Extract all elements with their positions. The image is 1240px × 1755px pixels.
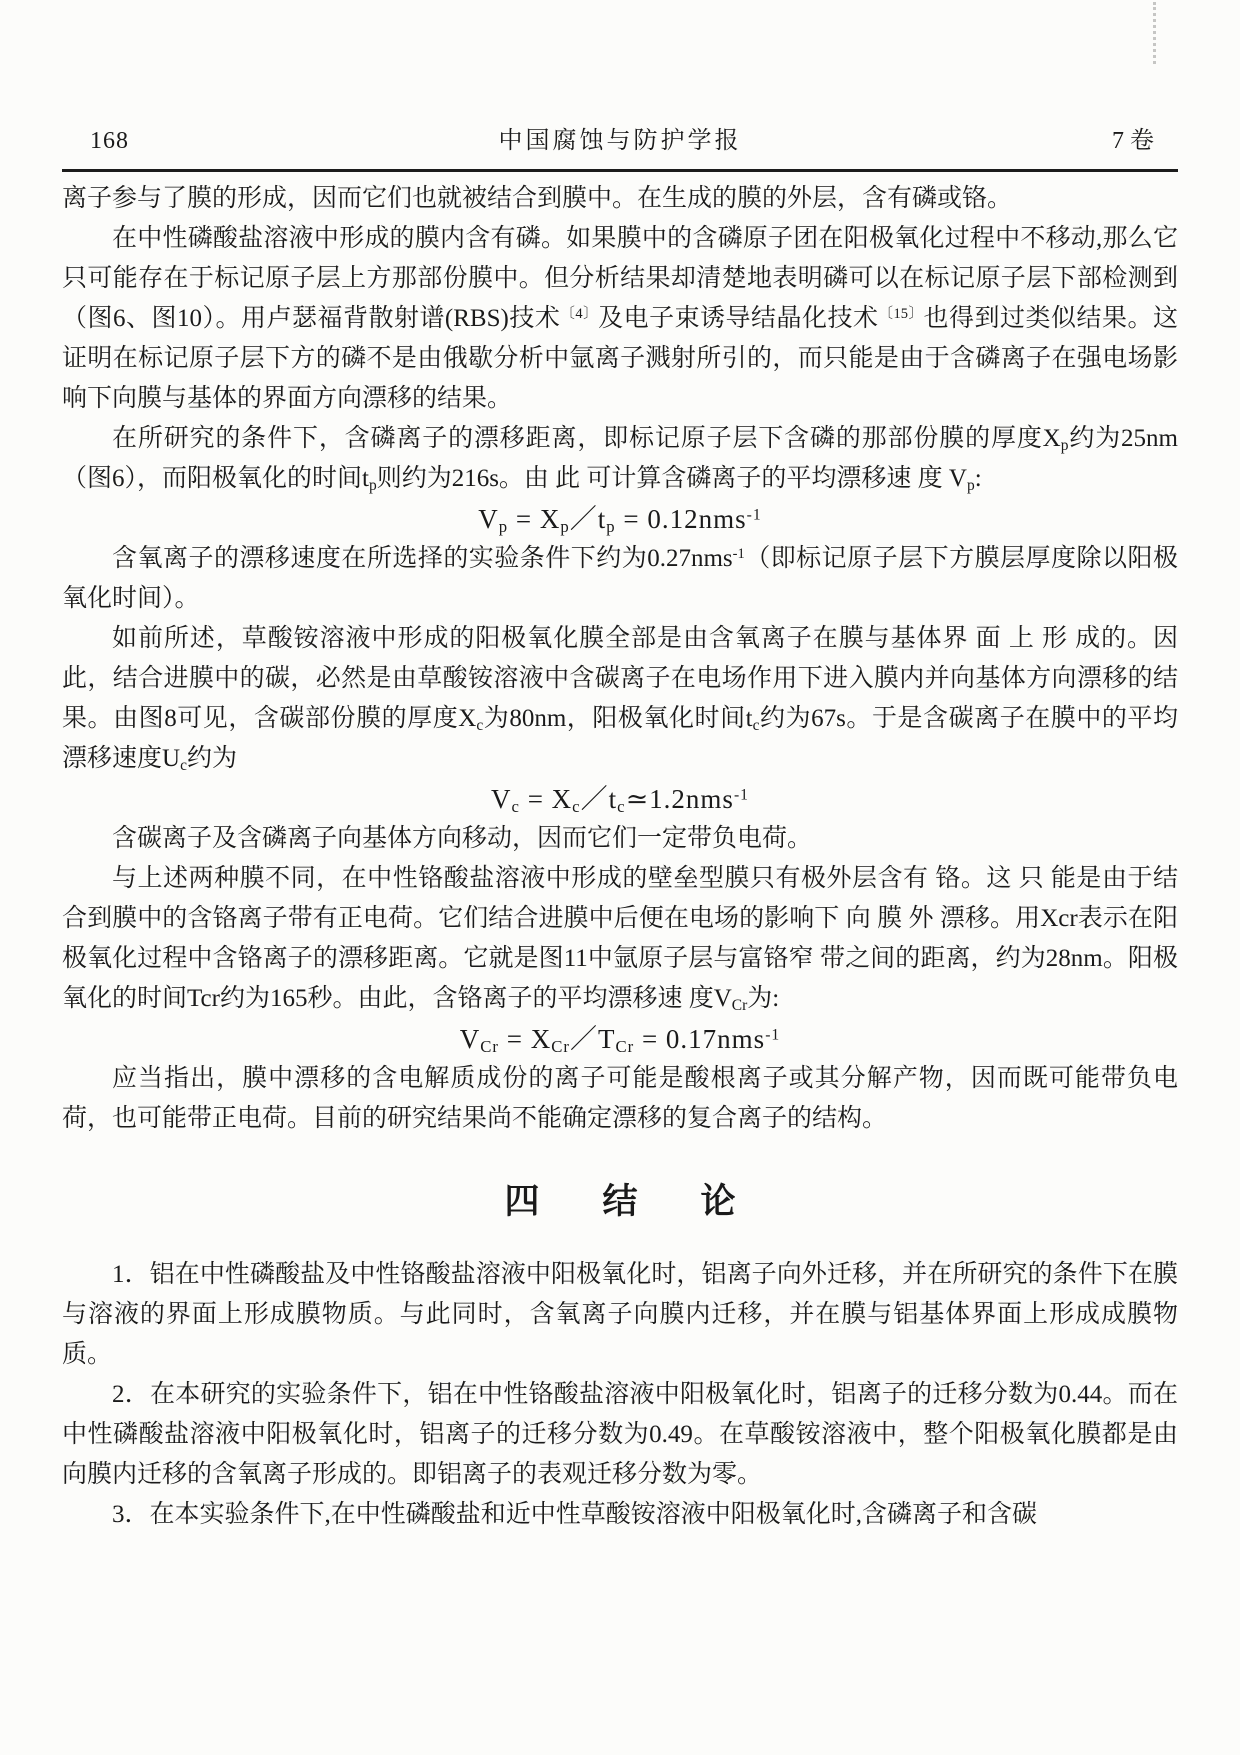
formula-vc: Vc = Xc／tc≃1.2nms-1 [62,779,1178,819]
page-number: 168 [62,126,242,156]
scanned-paper-page: 168 中国腐蚀与防护学报 7 卷 离子参与了膜的形成，因而它们也就被结合到膜中… [0,0,1240,1755]
volume-label: 7 卷 [998,126,1178,156]
paragraph-oxalate-carbon: 如前所述，草酸铵溶液中形成的阳极氧化膜全部是由含氧离子在膜与基体界 面 上 形 … [62,619,1178,779]
conclusion-item-3: 3．在本实验条件下,在中性磷酸盐和近中性草酸铵溶液中阳极氧化时,含磷离子和含碳 [62,1495,1178,1535]
formula-vcr: VCr = XCr／TCr = 0.17nms-1 [62,1019,1178,1059]
section-heading-conclusion: 四 结 论 [62,1181,1178,1223]
paragraph-electrolyte-ions: 应当指出，膜中漂移的含电解质成份的离子可能是酸根离子或其分解产物，因而既可能带负… [62,1059,1178,1139]
paragraph-continuation: 离子参与了膜的形成，因而它们也就被结合到膜中。在生成的膜的外层，含有磷或铬。 [62,179,1178,219]
paragraph-drift-distance-p: 在所研究的条件下，含磷离子的漂移距离，即标记原子层下含磷的那部份膜的厚度Xp约为… [62,419,1178,499]
page-header: 168 中国腐蚀与防护学报 7 卷 [62,0,1178,156]
paragraph-chromate-film: 与上述两种膜不同，在中性铬酸盐溶液中形成的壁垒型膜只有极外层含有 铬。这 只 能… [62,859,1178,1019]
paragraph-phosphate-film: 在中性磷酸盐溶液中形成的膜内含有磷。如果膜中的含磷原子团在阳极氧化过程中不移动,… [62,219,1178,419]
article-body: 离子参与了膜的形成，因而它们也就被结合到膜中。在生成的膜的外层，含有磷或铬。 在… [62,172,1178,1535]
conclusion-item-2: 2．在本研究的实验条件下，铝在中性铬酸盐溶液中阳极氧化时，铝离子的迁移分数为0.… [62,1375,1178,1495]
paragraph-oxygen-drift: 含氧离子的漂移速度在所选择的实验条件下约为0.27nms-1（即标记原子层下方膜… [62,539,1178,619]
formula-vp: Vp = Xp／tp = 0.12nms-1 [62,499,1178,539]
paragraph-negative-charge: 含碳离子及含磷离子向基体方向移动，因而它们一定带负电荷。 [62,819,1178,859]
scan-artifact-mark [1149,2,1156,64]
conclusion-item-1: 1．铝在中性磷酸盐及中性铬酸盐溶液中阳极氧化时，铝离子向外迁移，并在所研究的条件… [62,1255,1178,1375]
journal-title: 中国腐蚀与防护学报 [242,126,998,156]
